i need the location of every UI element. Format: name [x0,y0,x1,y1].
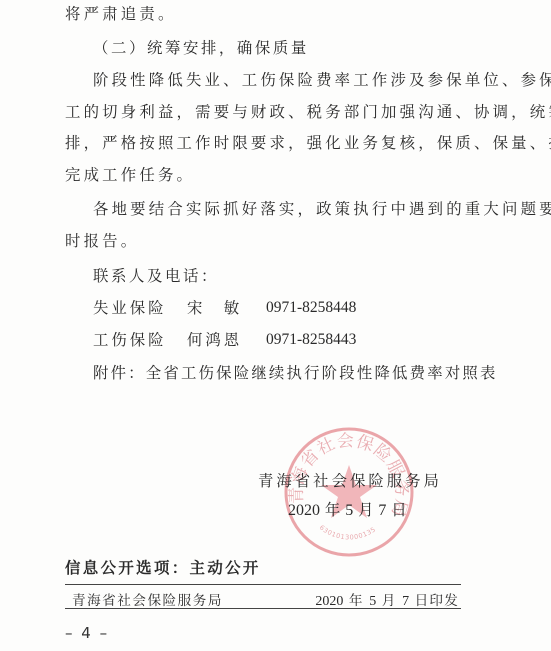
contact-name: 宋 敏 [187,298,242,318]
paragraph-line: 时报告。 [65,231,139,251]
divider [65,584,461,585]
text-line: 将严肃追责。 [65,4,177,24]
signature-org: 青海省社会保险服务局 [258,469,442,491]
contact-name: 何鸿恩 [187,330,242,350]
paragraph-line: 完成工作任务。 [65,165,195,185]
disclosure-option: 信息公开选项：主动公开 [65,556,261,578]
paragraph-line: 排，严格按照工作时限要求，强化业务复核，保质、保量、按时 [65,133,551,153]
official-seal-icon: 青海省社会保险服务局 6301013000135 [282,425,416,559]
contact-type: 失业保险 [93,298,167,318]
svg-text:6301013000135: 6301013000135 [318,523,378,541]
footer-issuer: 青海省社会保险服务局 [72,589,223,609]
attachment-note: 附件：全省工伤保险继续执行阶段性降低费率对照表 [93,363,498,383]
divider [65,608,461,609]
seal-code: 6301013000135 [318,523,378,541]
footer-issue-date: 2020 年 5 月 7 日印发 [315,589,459,610]
paragraph-line: 各地要结合实际抓好落实，政策执行中遇到的重大问题要及 [93,199,551,219]
contact-type: 工伤保险 [93,330,167,350]
contact-phone: 0971-8258448 [266,298,356,318]
signature-date: 2020 年 5 月 7 日 [288,498,407,520]
contacts-label: 联系人及电话： [93,266,219,286]
section-heading: （二）统筹安排，确保质量 [93,38,309,58]
paragraph-line: 阶段性降低失业、工伤保险费率工作涉及参保单位、参保职 [93,70,551,90]
page-number: – 4 – [65,624,109,642]
contact-phone: 0971-8258443 [266,330,356,350]
paragraph-line: 工的切身利益，需要与财政、税务部门加强沟通、协调，统筹安 [65,102,551,122]
